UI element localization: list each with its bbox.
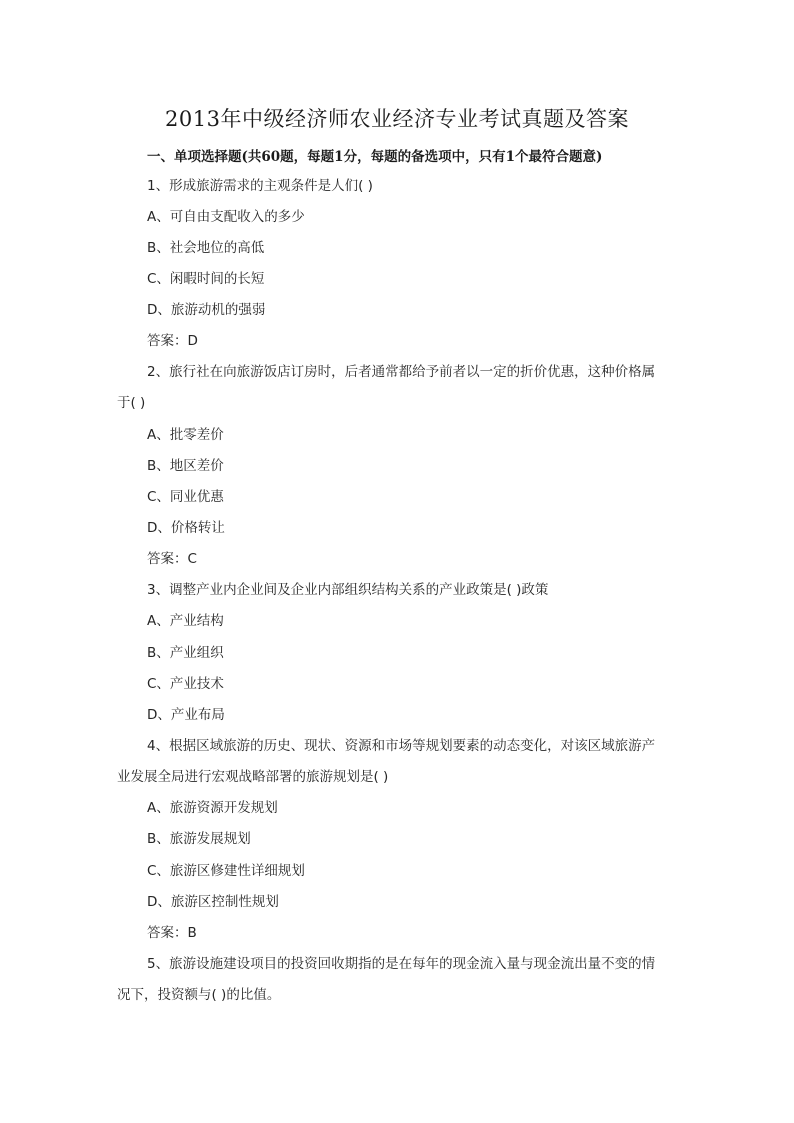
question-4-answer: 答案：B xyxy=(147,924,197,942)
question-3-option-a: A、产业结构 xyxy=(147,612,224,630)
question-2-option-b: B、地区差价 xyxy=(147,457,224,475)
question-2-option-a: A、批零差价 xyxy=(147,426,224,444)
question-3-option-d: D、产业布局 xyxy=(147,706,225,724)
question-4-stem-line-1: 4、根据区域旅游的历史、现状、资源和市场等规划要素的动态变化，对该区域旅游产 xyxy=(147,737,655,755)
question-1-stem: 1、形成旅游需求的主观条件是人们( ) xyxy=(147,177,373,195)
question-4-option-d: D、旅游区控制性规划 xyxy=(147,893,279,911)
question-2-answer: 答案：C xyxy=(147,550,197,568)
question-2-option-d: D、价格转让 xyxy=(147,519,225,537)
question-1-option-c: C、闲暇时间的长短 xyxy=(147,270,264,288)
question-4-option-b: B、旅游发展规划 xyxy=(147,830,251,848)
question-2-stem-line-2: 于( ) xyxy=(117,394,145,412)
question-2-option-c: C、同业优惠 xyxy=(147,488,224,506)
document-page: 2013年中级经济师农业经济专业考试真题及答案 一、单项选择题(共60题，每题1… xyxy=(0,0,794,1123)
question-4-stem-line-2: 业发展全局进行宏观战略部署的旅游规划是( ) xyxy=(117,768,388,786)
question-3-option-c: C、产业技术 xyxy=(147,675,224,693)
question-1-option-a: A、可自由支配收入的多少 xyxy=(147,208,305,226)
question-2-stem-line-1: 2、旅行社在向旅游饭店订房时，后者通常都给予前者以一定的折价优惠，这种价格属 xyxy=(147,363,655,381)
question-4-option-a: A、旅游资源开发规划 xyxy=(147,799,278,817)
question-5-stem-line-2: 况下，投资额与( )的比值。 xyxy=(117,986,280,1004)
question-5-stem-line-1: 5、旅游设施建设项目的投资回收期指的是在每年的现金流入量与现金流出量不变的情 xyxy=(147,955,655,973)
section-heading: 一、单项选择题(共60题，每题1分，每题的备选项中，只有1个最符合题意) xyxy=(147,145,602,165)
document-title: 2013年中级经济师农业经济专业考试真题及答案 xyxy=(0,103,794,133)
question-4-option-c: C、旅游区修建性详细规划 xyxy=(147,862,305,880)
question-3-stem: 3、调整产业内企业间及企业内部组织结构关系的产业政策是( )政策 xyxy=(147,581,548,599)
question-1-option-b: B、社会地位的高低 xyxy=(147,239,264,257)
question-1-answer: 答案：D xyxy=(147,332,198,350)
question-1-option-d: D、旅游动机的强弱 xyxy=(147,301,265,319)
question-3-option-b: B、产业组织 xyxy=(147,644,224,662)
